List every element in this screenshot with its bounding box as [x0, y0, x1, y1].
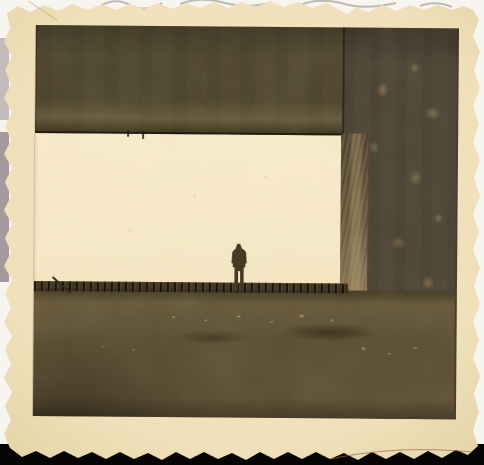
film-grain [33, 25, 457, 419]
left-edge-shadow-upper [0, 38, 9, 120]
photo-image-area [32, 25, 457, 419]
scanned-vintage-photo [0, 0, 484, 465]
